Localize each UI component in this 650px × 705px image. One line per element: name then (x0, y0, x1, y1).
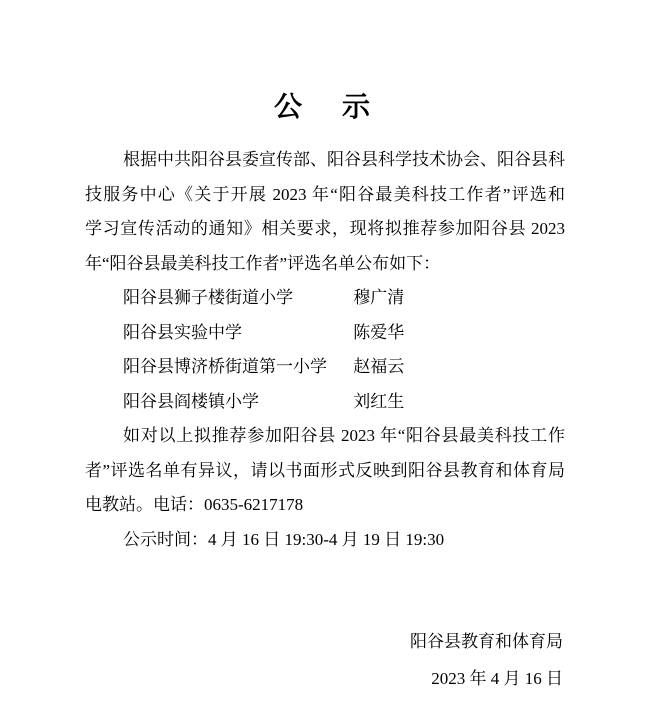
nominee-school: 阳谷县阎楼镇小学 (123, 385, 349, 420)
paragraph2-line-2: 者”评选名单有异议，请以书面形式反映到阳谷县教育和体育局 (85, 454, 565, 489)
nominee-row-3: 阳谷县博济桥街道第一小学 赵福云 (85, 350, 565, 385)
paragraph1-line-4: 年“阳谷县最美科技工作者”评选名单公布如下： (85, 247, 565, 282)
paragraph1-line-3: 学习宣传活动的通知》相关要求，现将拟推荐参加阳谷县 2023 (85, 212, 565, 247)
issuer-name: 阳谷县教育和体育局 (0, 623, 563, 660)
nominee-school: 阳谷县实验中学 (123, 316, 349, 351)
issue-date: 2023 年 4 月 16 日 (0, 660, 563, 697)
signature-block: 阳谷县教育和体育局 2023 年 4 月 16 日 (0, 623, 650, 697)
notice-title: 公 示 (0, 0, 650, 126)
paragraph1-line-1: 根据中共阳谷县委宣传部、阳谷县科学技术协会、阳谷县科 (85, 143, 565, 178)
paragraph2-line-1: 如对以上拟推荐参加阳谷县 2023 年“阳谷县最美科技工作 (85, 419, 565, 454)
nominee-name: 赵福云 (353, 357, 404, 376)
nominee-name: 刘红生 (353, 392, 404, 411)
nominee-row-4: 阳谷县阎楼镇小学 刘红生 (85, 385, 565, 420)
nominee-school: 阳谷县博济桥街道第一小学 (123, 350, 349, 385)
paragraph1-line-2: 技服务中心《关于开展 2023 年“阳谷最美科技工作者”评选和 (85, 178, 565, 213)
nominee-school: 阳谷县狮子楼街道小学 (123, 281, 349, 316)
notice-body: 根据中共阳谷县委宣传部、阳谷县科学技术协会、阳谷县科 技服务中心《关于开展 20… (0, 143, 650, 557)
nominee-row-2: 阳谷县实验中学 陈爱华 (85, 316, 565, 351)
nominee-name: 穆广清 (353, 288, 404, 307)
publicity-period: 公示时间：4 月 16 日 19:30-4 月 19 日 19:30 (85, 523, 565, 558)
public-notice-page: 公 示 根据中共阳谷县委宣传部、阳谷县科学技术协会、阳谷县科 技服务中心《关于开… (0, 0, 650, 705)
paragraph2-line-3: 电教站。电话：0635-6217178 (85, 488, 565, 523)
nominee-row-1: 阳谷县狮子楼街道小学 穆广清 (85, 281, 565, 316)
nominee-name: 陈爱华 (353, 323, 404, 342)
